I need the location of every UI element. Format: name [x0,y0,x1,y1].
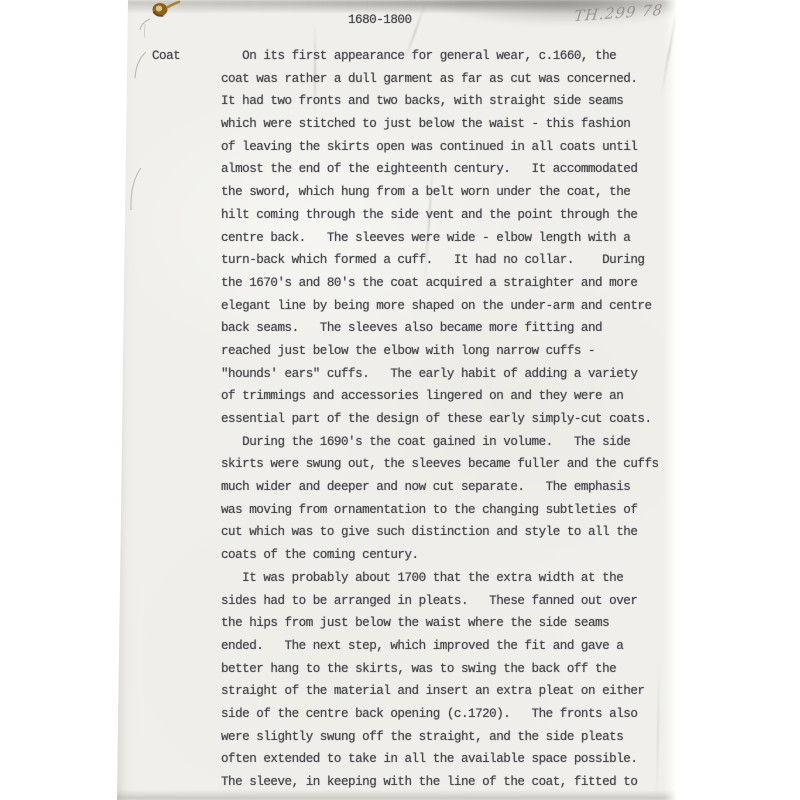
text-line: was moving from ornamentation to the cha… [221,499,659,522]
text-line: During the 1690's the coat gained in vol… [221,431,659,454]
text-line: "hounds' ears" cuffs. The early habit of… [221,363,659,386]
text-line: often extended to take in all the availa… [221,748,659,771]
text-line: the 1670's and 80's the coat acquired a … [221,272,659,295]
text-line: of leaving the skirts open was continued… [221,136,659,159]
text-line: On its first appearance for general wear… [221,45,659,68]
paragraph: On its first appearance for general wear… [221,45,659,431]
paragraph: It was probably about 1700 that the extr… [221,567,659,794]
text-line: cut which was to give such distinction a… [221,521,659,544]
text-line: skirts were swung out, the sleeves becam… [221,453,659,476]
text-line: turn-back which formed a cuff. It had no… [221,249,659,272]
text-line: straight of the material and insert an e… [221,680,659,703]
margin-label-coat: Coat [152,45,180,68]
text-line: ended. The next step, which improved the… [221,635,659,658]
text-line: It was probably about 1700 that the extr… [221,567,659,590]
text-line: the hips from just below the waist where… [221,612,659,635]
text-line: better hang to the skirts, was to swing … [221,658,659,681]
text-line: which were stitched to just below the wa… [221,113,659,136]
text-line: sides had to be arranged in pleats. Thes… [221,590,659,613]
text-line: back seams. The sleeves also became more… [221,317,659,340]
text-line: of trimmings and accessories lingered on… [221,385,659,408]
text-line: hilt coming through the side vent and th… [221,204,659,227]
text-line: essential part of the design of these ea… [221,408,659,431]
text-line: much wider and deeper and now cut separa… [221,476,659,499]
page-title: 1680-1800 [348,13,412,27]
text-line: elegant line by being more shaped on the… [221,295,659,318]
text-line: the sword, which hung from a belt worn u… [221,181,659,204]
text-line: coat was rather a dull garment as far as… [221,68,659,91]
paper-crease [721,596,728,746]
page-left-edge-shadow [112,0,138,800]
photograph-of-typed-page: TH.299 78 1680-1800 Coat On its first ap… [0,0,800,800]
page-right-edge-fade [664,0,676,800]
text-line: almost the end of the eighteenth century… [221,158,659,181]
text-line: reached just below the elbow with long n… [221,340,659,363]
paragraph: During the 1690's the coat gained in vol… [221,431,659,567]
text-line: The sleeve, in keeping with the line of … [221,771,659,794]
text-line: were slightly swung off the straight, an… [221,726,659,749]
typewritten-body: On its first appearance for general wear… [221,45,659,794]
text-line: centre back. The sleeves were wide - elb… [221,227,659,250]
text-line: It had two fronts and two backs, with st… [221,90,659,113]
text-line: side of the centre back opening (c.1720)… [221,703,659,726]
text-line: coats of the coming century. [221,544,659,567]
